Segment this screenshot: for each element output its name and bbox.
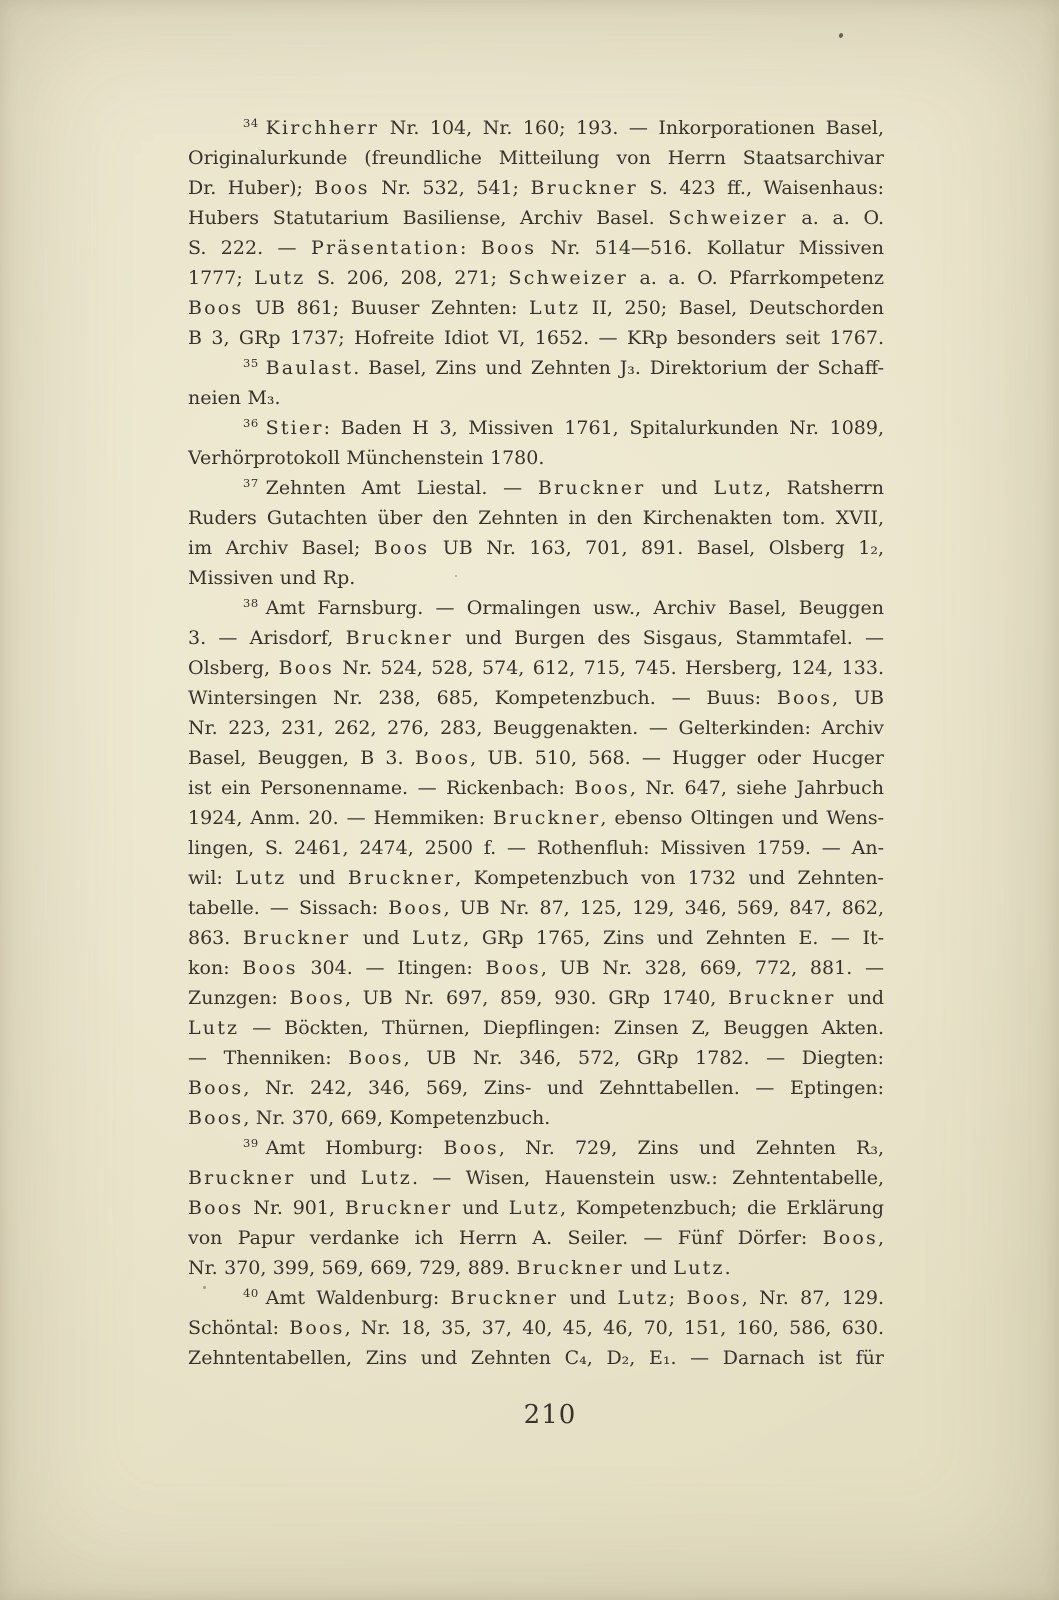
note-line: B 3, GRp 1737; Hofreite Idiot VI, 1652. … <box>188 323 884 353</box>
note-line: Bruckner und Lutz. — Wisen, Hauenstein u… <box>188 1163 884 1193</box>
emphasized-name: Stier <box>266 417 324 439</box>
note-line: Boos, Nr. 370, 669, Kompetenzbuch. <box>188 1103 884 1133</box>
emphasized-name: Bruckner <box>728 987 835 1009</box>
footnote-39: 39Amt Homburg: Boos, Nr. 729, Zins und Z… <box>188 1133 884 1283</box>
note-line: im Archiv Basel; Boos UB Nr. 163, 701, 8… <box>188 533 884 563</box>
emphasized-name: Boos <box>289 1317 344 1339</box>
footnote-36: 36Stier: Baden H 3, Missiven 1761, Spita… <box>188 413 884 473</box>
note-line: 3. — Arisdorf, Bruckner und Burgen des S… <box>188 623 884 653</box>
note-line: S. 222. — Präsentation: Boos Nr. 514—516… <box>188 233 884 263</box>
emphasized-name: Bruckner <box>346 627 453 649</box>
emphasized-name: Schweizer <box>668 207 787 229</box>
note-line: Lutz — Böckten, Thürnen, Diepflingen: Zi… <box>188 1013 884 1043</box>
note-line: 1777; Lutz S. 206, 208, 271; Schweizer a… <box>188 263 884 293</box>
emphasized-name: Boos <box>290 987 345 1009</box>
emphasized-name: Boos <box>188 1077 243 1099</box>
emphasized-name: Lutz <box>361 1167 412 1189</box>
emphasized-name: Boos <box>348 1047 403 1069</box>
note-line: Ruders Gutachten über den Zehnten in den… <box>188 503 884 533</box>
emphasized-name: Lutz <box>673 1257 724 1279</box>
note-line: Zunzgen: Boos, UB Nr. 697, 859, 930. GRp… <box>188 983 884 1013</box>
emphasized-name: Boos <box>486 957 541 979</box>
note-line: Hubers Statutarium Basiliense, Archiv Ba… <box>188 203 884 233</box>
note-line: Basel, Beuggen, B 3. Boos, UB. 510, 568.… <box>188 743 884 773</box>
footnote-marker: 35 <box>243 358 259 368</box>
note-line: 35Baulast. Basel, Zins und Zehnten J₃. D… <box>188 353 884 383</box>
emphasized-name: Boos <box>574 777 629 799</box>
emphasized-name: Boos <box>279 657 334 679</box>
emphasized-name: Baulast <box>266 357 354 379</box>
emphasized-name: Boos <box>242 957 297 979</box>
footnote-marker: 39 <box>243 1138 259 1148</box>
emphasized-name: Boos <box>374 537 429 559</box>
note-line: 38Amt Farnsburg. — Ormalingen usw., Arch… <box>188 593 884 623</box>
footnote-38: 38Amt Farnsburg. — Ormalingen usw., Arch… <box>188 593 884 1133</box>
note-line: Nr. 223, 231, 262, 276, 283, Beuggenakte… <box>188 713 884 743</box>
note-line: von Papur verdanke ich Herrn A. Seiler. … <box>188 1223 884 1253</box>
emphasized-name: Boos <box>444 1137 499 1159</box>
emphasized-name: Boos <box>188 1107 243 1129</box>
book-page: 34Kirchherr Nr. 104, Nr. 160; 193. — Ink… <box>0 0 1059 1600</box>
emphasized-name: Bruckner <box>243 927 350 949</box>
note-line: 863. Bruckner und Lutz, GRp 1765, Zins u… <box>188 923 884 953</box>
footnote-37: 37Zehnten Amt Liestal. — Bruckner und Lu… <box>188 473 884 593</box>
note-line: Boos Nr. 901, Bruckner und Lutz, Kompete… <box>188 1193 884 1223</box>
footnote-40: 40Amt Waldenburg: Bruckner und Lutz; Boo… <box>188 1283 884 1373</box>
note-line: 40Amt Waldenburg: Bruckner und Lutz; Boo… <box>188 1283 884 1313</box>
paper-speck <box>838 32 843 38</box>
emphasized-name: Bruckner <box>538 477 645 499</box>
footnote-marker: 40 <box>243 1288 259 1298</box>
note-line: Missiven und Rp. <box>188 563 884 593</box>
note-line: neien M₃. <box>188 383 884 413</box>
note-line: wil: Lutz und Bruckner, Kompetenzbuch vo… <box>188 863 884 893</box>
emphasized-name: Lutz <box>529 297 580 319</box>
emphasized-name: Bruckner <box>188 1167 295 1189</box>
note-line: Nr. 370, 399, 569, 669, 729, 889. Bruckn… <box>188 1253 884 1283</box>
emphasized-name: Lutz <box>254 267 305 289</box>
emphasized-name: Bruckner <box>530 177 637 199</box>
emphasized-name: Bruckner <box>516 1257 623 1279</box>
note-line: kon: Boos 304. — Itingen: Boos, UB Nr. 3… <box>188 953 884 983</box>
emphasized-name: Lutz <box>714 477 765 499</box>
footnote-34: 34Kirchherr Nr. 104, Nr. 160; 193. — Ink… <box>188 113 884 353</box>
note-line: Schöntal: Boos, Nr. 18, 35, 37, 40, 45, … <box>188 1313 884 1343</box>
emphasized-name: Boos <box>415 747 470 769</box>
note-line: Boos, Nr. 242, 346, 569, Zins- und Zehnt… <box>188 1073 884 1103</box>
note-line: 34Kirchherr Nr. 104, Nr. 160; 193. — Ink… <box>188 113 884 143</box>
note-line: Dr. Huber); Boos Nr. 532, 541; Bruckner … <box>188 173 884 203</box>
note-line: 39Amt Homburg: Boos, Nr. 729, Zins und Z… <box>188 1133 884 1163</box>
note-line: ist ein Personenname. — Rickenbach: Boos… <box>188 773 884 803</box>
note-line: tabelle. — Sissach: Boos, UB Nr. 87, 125… <box>188 893 884 923</box>
emphasized-name: Lutz <box>412 927 463 949</box>
emphasized-name: Boos <box>777 687 832 709</box>
emphasized-name: Lutz <box>617 1287 668 1309</box>
emphasized-name: Bruckner <box>493 807 600 829</box>
emphasized-name: Bruckner <box>348 867 455 889</box>
emphasized-name: Bruckner <box>345 1197 452 1219</box>
emphasized-name: Präsentation <box>311 237 460 259</box>
emphasized-name: Boos <box>314 177 369 199</box>
note-line: 37Zehnten Amt Liestal. — Bruckner und Lu… <box>188 473 884 503</box>
emphasized-name: Lutz <box>509 1197 560 1219</box>
footnote-marker: 37 <box>243 478 259 488</box>
note-line: Wintersingen Nr. 238, 685, Kompetenzbuch… <box>188 683 884 713</box>
text-block: 34Kirchherr Nr. 104, Nr. 160; 193. — Ink… <box>188 113 884 1373</box>
emphasized-name: Boos <box>188 1197 243 1219</box>
note-line: Boos UB 861; Buuser Zehnten: Lutz II, 25… <box>188 293 884 323</box>
footnote-marker: 38 <box>243 598 259 608</box>
note-line: 36Stier: Baden H 3, Missiven 1761, Spita… <box>188 413 884 443</box>
note-line: lingen, S. 2461, 2474, 2500 f. — Rothenf… <box>188 833 884 863</box>
note-line: Originalurkunde (freundliche Mitteilung … <box>188 143 884 173</box>
page-number: 210 <box>188 1400 912 1430</box>
emphasized-name: Boos <box>188 297 243 319</box>
emphasized-name: Boos <box>823 1227 878 1249</box>
note-line: Verhörprotokoll Münchenstein 1780. <box>188 443 884 473</box>
footnote-marker: 36 <box>243 418 259 428</box>
emphasized-name: Schweizer <box>509 267 628 289</box>
note-line: — Thenniken: Boos, UB Nr. 346, 572, GRp … <box>188 1043 884 1073</box>
emphasized-name: Bruckner <box>451 1287 558 1309</box>
footnote-35: 35Baulast. Basel, Zins und Zehnten J₃. D… <box>188 353 884 413</box>
emphasized-name: Lutz <box>235 867 286 889</box>
note-line: Zehntentabellen, Zins und Zehnten C₄, D₂… <box>188 1343 884 1373</box>
emphasized-name: Lutz <box>188 1017 239 1039</box>
note-line: 1924, Anm. 20. — Hemmiken: Bruckner, ebe… <box>188 803 884 833</box>
emphasized-name: Boos <box>686 1287 741 1309</box>
note-line: Olsberg, Boos Nr. 524, 528, 574, 612, 71… <box>188 653 884 683</box>
footnote-marker: 34 <box>243 118 259 128</box>
emphasized-name: Boos <box>481 237 536 259</box>
emphasized-name: Boos <box>388 897 443 919</box>
emphasized-name: Kirchherr <box>266 117 380 139</box>
